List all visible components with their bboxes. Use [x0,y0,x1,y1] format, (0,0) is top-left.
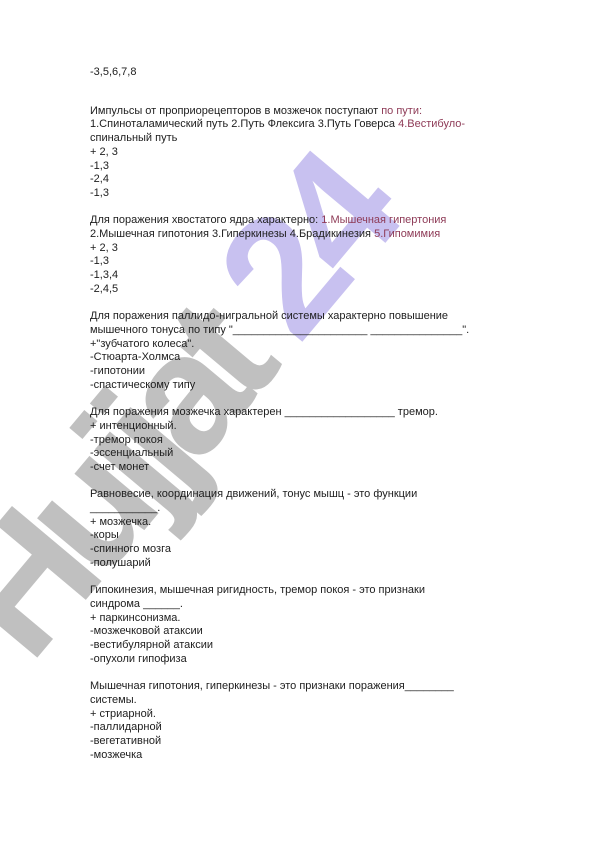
text-segment: -паллидарной [90,721,162,733]
text-line: -2,4,5 [90,283,526,297]
text-line: -2,4 [90,173,526,187]
text-segment: Для поражения хвостатого ядра характерно… [90,214,321,226]
text-line: +"зубчатого колеса". [90,338,526,352]
text-segment: -тремор покоя [90,434,163,446]
text-line: -паллидарной [90,721,526,735]
text-segment: -Стюарта-Холмса [90,351,180,363]
text-segment: мышечного тонуса по типу "______________… [90,324,469,336]
text-segment: Мышечная гипотония, гиперкинезы - это пр… [90,680,454,692]
text-line: Равновесие, координация движений, тонус … [90,488,526,502]
text-line: ___________. [90,502,526,516]
question-block-2: Для поражения хвостатого ядра характерно… [90,214,526,296]
text-segment: + интенционный. [90,420,177,432]
text-line: -спастическому типу [90,379,526,393]
question-block-3: Для поражения паллидо-нигральной системы… [90,310,526,392]
text-segment: -гипотонии [90,365,145,377]
text-line: -вегетативной [90,735,526,749]
question-block-7: Мышечная гипотония, гиперкинезы - это пр… [90,680,526,762]
highlighted-text-segment: 5.Гипомимия [374,228,440,240]
text-line: -1,3 [90,160,526,174]
text-segment: -2,4 [90,173,109,185]
text-segment: -вестибулярной атаксии [90,639,213,651]
text-segment: -спинного мозга [90,543,171,555]
text-line: -1,3,4 [90,269,526,283]
text-line: -опухоли гипофиза [90,653,526,667]
text-line: -вестибулярной атаксии [90,639,526,653]
question-block-6: Гипокинезия, мышечная ригидность, тремор… [90,584,526,666]
text-segment: -мозжечка [90,749,142,761]
text-segment: -коры [90,529,119,541]
text-segment: синдрома ______. [90,598,183,610]
text-line: -3,5,6,7,8 [90,66,526,80]
text-line: мышечного тонуса по типу "______________… [90,324,526,338]
text-line: Для поражения паллидо-нигральной системы… [90,310,526,324]
text-segment: Равновесие, координация движений, тонус … [90,488,417,500]
text-line: 1.Спиноталамический путь 2.Путь Флексига… [90,118,526,132]
text-segment: -1,3 [90,187,109,199]
text-line: -коры [90,529,526,543]
text-line: + 2, 3 [90,146,526,160]
answer-fragment-line: -3,5,6,7,8 [90,66,526,80]
text-segment: +"зубчатого колеса". [90,338,194,350]
text-line: спинальный путь [90,132,526,146]
text-line: -мозжечка [90,749,526,763]
text-segment: 1.Спиноталамический путь 2.Путь Флексига… [90,118,398,130]
text-line: -спинного мозга [90,543,526,557]
text-segment: Импульсы от проприорецепторов в мозжечок… [90,105,381,117]
text-segment: -полушарий [90,557,151,569]
question-block-1: Импульсы от проприорецепторов в мозжечок… [90,105,526,201]
text-segment: + стриарной. [90,708,156,720]
text-line: синдрома ______. [90,598,526,612]
text-segment: + мозжечка. [90,516,151,528]
text-line: системы. [90,694,526,708]
text-segment: -спастическому типу [90,379,195,391]
text-line: + паркинсонизма. [90,612,526,626]
text-line: -гипотонии [90,365,526,379]
text-line: Для поражения мозжечка характерен ______… [90,406,526,420]
text-segment: Для поражения мозжечка характерен ______… [90,406,438,418]
text-line: + интенционный. [90,420,526,434]
text-segment: -1,3 [90,255,109,267]
text-segment: спинальный путь [90,132,177,144]
text-line: -счет монет [90,461,526,475]
text-line: -тремор покоя [90,434,526,448]
text-line: + 2, 3 [90,242,526,256]
text-segment: -1,3 [90,160,109,172]
text-line: -Стюарта-Холмса [90,351,526,365]
text-segment: ___________. [90,502,160,514]
text-segment: -опухоли гипофиза [90,653,187,665]
text-segment: + 2, 3 [90,146,118,158]
text-segment: + паркинсонизма. [90,612,180,624]
highlighted-text-segment: по пути: [381,105,422,117]
text-segment: -счет монет [90,461,149,473]
text-line: Мышечная гипотония, гиперкинезы - это пр… [90,680,526,694]
text-segment: Гипокинезия, мышечная ригидность, тремор… [90,584,425,596]
question-block-5: Равновесие, координация движений, тонус … [90,488,526,570]
text-line: Гипокинезия, мышечная ригидность, тремор… [90,584,526,598]
document-content: -3,5,6,7,8Импульсы от проприорецепторов … [90,66,526,762]
text-segment: -3,5,6,7,8 [90,66,136,78]
text-segment: + 2, 3 [90,242,118,254]
text-line: -мозжечковой атаксии [90,625,526,639]
text-line: Импульсы от проприорецепторов в мозжечок… [90,105,526,119]
text-segment: -вегетативной [90,735,161,747]
text-segment: -2,4,5 [90,283,118,295]
document-page: Hujjat24 -3,5,6,7,8Импульсы от проприоре… [0,0,596,842]
highlighted-text-segment: 4.Вестибуло- [398,118,465,130]
text-segment: -1,3,4 [90,269,118,281]
text-line: -1,3 [90,255,526,269]
text-line: -1,3 [90,187,526,201]
question-block-4: Для поражения мозжечка характерен ______… [90,406,526,475]
text-segment: -мозжечковой атаксии [90,625,203,637]
text-line: + стриарной. [90,708,526,722]
text-line: -эссенциальный [90,447,526,461]
highlighted-text-segment: 1.Мышечная гипертония [321,214,446,226]
text-segment: системы. [90,694,137,706]
text-segment: Для поражения паллидо-нигральной системы… [90,310,448,322]
text-line: Для поражения хвостатого ядра характерно… [90,214,526,228]
text-line: -полушарий [90,557,526,571]
text-segment: -эссенциальный [90,447,173,459]
text-line: 2.Мышечная гипотония 3.Гиперкинезы 4.Бра… [90,228,526,242]
text-segment: 2.Мышечная гипотония 3.Гиперкинезы 4.Бра… [90,228,374,240]
text-line: + мозжечка. [90,516,526,530]
